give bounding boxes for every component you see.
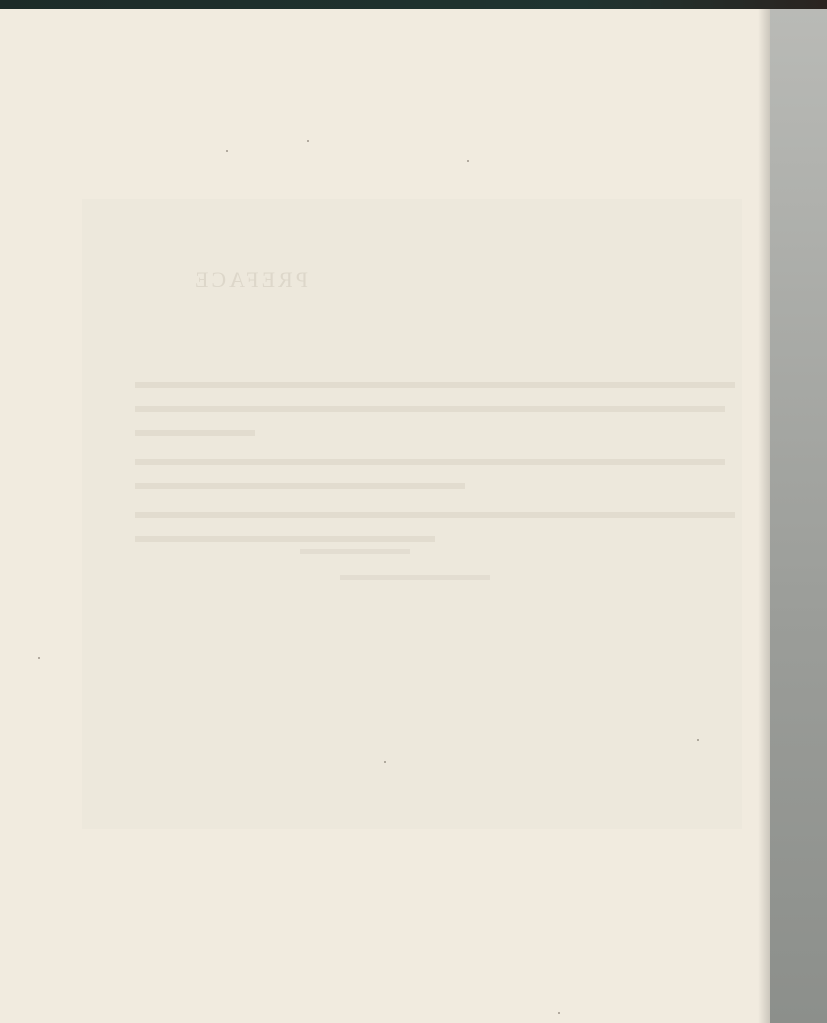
dust-speck xyxy=(697,739,699,741)
text-line xyxy=(135,512,735,518)
dust-speck xyxy=(467,160,469,162)
scanner-top-edge xyxy=(0,0,827,9)
dust-speck xyxy=(307,140,309,142)
page-heading: PREFACE xyxy=(150,267,350,293)
dust-speck xyxy=(384,761,386,763)
text-line xyxy=(135,430,255,436)
text-line xyxy=(135,382,735,388)
signature-line xyxy=(300,549,410,554)
book-page: PREFACE xyxy=(0,9,770,1023)
text-line xyxy=(135,536,435,542)
dust-speck xyxy=(226,150,228,152)
text-line xyxy=(135,406,725,412)
dust-speck xyxy=(558,1012,560,1014)
dust-speck xyxy=(38,657,40,659)
text-line xyxy=(135,483,465,489)
text-line xyxy=(135,459,725,465)
signature-line xyxy=(340,575,490,580)
adjacent-page-edge xyxy=(770,9,827,1023)
